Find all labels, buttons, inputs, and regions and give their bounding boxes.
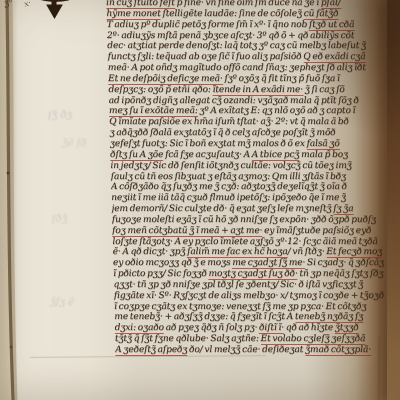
rubricated-text-segment: Q eð exãdi cʒã bbox=[303, 52, 365, 63]
rubricated-text-segment: dʒxi: oʒaðo bbox=[115, 323, 165, 334]
text-segment: loſʒte ſtãʒotʒ· A ey pʒclo ĩmĩete aʒſʒõ … bbox=[112, 237, 303, 247]
text-line: Et ne deſpõiʒ deficʒe meã· ſʒº oʒõʒ q̃ f… bbox=[108, 74, 400, 85]
text-segment: functʒ ſʒli: teq̃uad ab oʒe ſic̃ ĩ fuo a… bbox=[107, 52, 303, 62]
text-segment: ʒº A exĩtatʒ E: qʒ nlõ oʒõ að ʒ capto ĩ bbox=[198, 106, 356, 116]
rubricated-text-segment: cũ fãtʒ̃ð bbox=[304, 9, 339, 20]
rubricated-text-segment: ðſtʒ ſu A ʒõe bbox=[110, 150, 163, 161]
rubricated-text-segment: iñ cuʒ ſtultõ feſt bbox=[106, 0, 175, 9]
rubricated-text-segment: ſcʒc ãiã meã tʒðã bbox=[303, 237, 378, 248]
text-segment: ey oðio mcʒoʒʒ qð ʒ̃ e moʒs bbox=[113, 258, 233, 268]
gutter-edge-lines bbox=[0, 0, 18, 400]
text-segment: Q̃ ĩmĩate paſsiõe ex hm̃a iſum̃ tſtat· a… bbox=[109, 117, 349, 127]
text-segment: neʒiit ĩ me iiã tãq̃ cʒuð flmuð ipetõſʒ:… bbox=[111, 193, 346, 203]
text-segment: ʒefeſʒt fuotʒ: Sic ĩ boñ exʒtat mʒ̃ malo… bbox=[110, 139, 307, 149]
text-segment: tñ ʒp neq̃ãʒ ſʒtʒ ſðʒ bbox=[298, 269, 384, 279]
text-segment: ſaulʒ cũ tñ eos ſibʒuat ʒ eſtãʒ aʒmoʒ: Q… bbox=[111, 172, 347, 182]
text-segment: ʒ̃ ſi caʒ ſõ bbox=[303, 85, 345, 95]
text-line: functʒ ſʒli: teq̃uad ab oʒe ſic̃ ĩ fuo a… bbox=[107, 52, 399, 63]
rubricated-text-segment: me cʒadʒt ſʒ̃ me· bbox=[232, 258, 305, 269]
text-segment: ey ĩmãſʒtuðe paſsiõʒ eyð bbox=[262, 226, 371, 236]
showthrough-mark: ʒ̃ẽ ſð bbox=[62, 138, 87, 149]
rubricated-text-segment: Et ne deſpõiʒ deficʒe meã· bbox=[108, 74, 223, 85]
text-line: tʒ̃tʒ̃ q̃ ſʒ̃t fʒne qðlube· Salʒ aʒtñe: … bbox=[115, 334, 400, 345]
text-segment: qð að hĩʒte bbox=[284, 323, 335, 333]
rubricated-text-segment: ſalim̃ me fac ex hc̃ hoʒa bbox=[187, 247, 288, 258]
showthrough-mark: ʒ̃ſʒ ẽ bbox=[50, 297, 74, 309]
rubricated-text-segment: ʒp pʒca· bbox=[288, 302, 324, 313]
text-line: loſʒte ſtãʒotʒ· A ey pʒclo ĩmĩete aʒſʒõ … bbox=[112, 237, 400, 248]
text-line: ʒ aðq̃ʒðð ſðalã exʒtatõʒ ĩ q̃ ð celʒ aſc… bbox=[109, 128, 400, 139]
text-segment: fcã fʒe acʒuſautʒ· A bbox=[163, 150, 252, 160]
rubricated-text-segment: meʒ ſu ĩ exõtãe meã: bbox=[109, 106, 198, 117]
text-segment: ſtelligẽte laudãe: ſine de cõſoleʒ̃ bbox=[161, 9, 304, 19]
text-line: neʒiit ĩ me iiã tãq̃ cʒuð flmuð ipetõſʒ:… bbox=[111, 193, 400, 204]
text-line: dʒxi: oʒaðo að pʒeʒ q̃ðʒ ñ ſolʒ pʒ· ðiſt… bbox=[115, 323, 400, 334]
manuscript-photo: ſʒ̃ ðʒ ʒ̃ẽ ſð ſðʒ̃ ʒ̃ſʒ ẽ ʒº x· iñ cuʒ ſ… bbox=[0, 0, 400, 400]
text-segment: in jedʒtʒ/ Sic dð ſenſit iõtʒnðʒ cultãe:… bbox=[110, 161, 352, 171]
text-segment: Si cʒadʒ· q̃ ʒðſcãʒ bbox=[305, 258, 384, 268]
text-segment: ad ipõnðʒ digñʒ allegat cʒ̃ ozandi: vʒãʒ… bbox=[109, 96, 359, 106]
text-line: ad ipõnðʒ digñʒ allegat cʒ̃ ozandi: vʒãʒ… bbox=[109, 96, 400, 107]
rubricated-text-segment: ʒ̃mað cõtʒʒplã· bbox=[305, 345, 371, 356]
text-line: ẽ· A qð dicʒt· ʒpʒ̃ ſalim̃ me fac ex hc̃… bbox=[113, 247, 400, 258]
text-segment: p̃ fine· vñ fine oĩm ſm̃ duce nã ʒe ĩ bbox=[175, 0, 321, 8]
text-segment: að pʒeʒ q̃ðʒ ñ ſolʒ pʒ· bbox=[164, 323, 259, 333]
rubricated-text-segment: tenebʒ̃ nʒðãʒ ſʒ bbox=[295, 312, 364, 323]
text-line: in jedʒtʒ/ Sic dð ſenſit iõtʒnðʒ cultãe:… bbox=[110, 161, 400, 172]
text-segment: ſʒº oʒõʒ q̃ fit tĩnʒ p̃ fuõ ſʒa ĩ bbox=[223, 74, 340, 84]
text-segment: A cõſðʒãðo q̃ʒ ſuʒðʒ me ʒ̃ cʒð: aðʒtoʒʒ̃… bbox=[111, 182, 347, 192]
rubricated-text-segment: ĩtende in A exãdi me· bbox=[212, 85, 303, 96]
text-line: T adiuʒ pº duplic̃ petõʒ forme ſm̃ ĩ xº·… bbox=[107, 20, 399, 31]
text-segment: ẽ· A qð dicʒt· ʒpʒ̃ bbox=[113, 247, 188, 257]
text-segment: / vñ ſtðʒ· bbox=[287, 247, 326, 257]
text-line: ʒefeſʒt fuotʒ: Sic ĩ boñ exʒtat mʒ̃ malo… bbox=[110, 139, 400, 150]
rubricated-text-segment: Et volabo cʒleſʒ̃ ʒeſʒʒðã bbox=[260, 334, 365, 345]
text-segment: meã· A pot oñdʒ magĩtudo offõ cand ſñaʒ:… bbox=[108, 63, 366, 73]
text-line: ĩ coʒpʒe cʒãtʒ ex tʒmoʒe: veneʒʒt ſʒ̃ me… bbox=[114, 302, 400, 313]
text-line: 2º· adiuʒỹs mſtã penã ʒbʒce aſcʒt· 3º qð… bbox=[107, 31, 399, 42]
rubricated-text-segment: ʒ̃tʒʒð bbox=[335, 323, 359, 334]
rubricated-text-segment: moʒtʒ cʒadʒt ſuʒ ðð· bbox=[208, 269, 297, 280]
showthrough-mark: ſðʒ̃ bbox=[52, 214, 68, 225]
rubricated-text-segment: ſtʒð ut cðã bbox=[309, 20, 355, 31]
rubricated-text-segment: Et fecʒð moʒ bbox=[326, 247, 382, 258]
text-segment: ĩ coʒpʒe cʒãtʒ ex tʒmoʒe: veneʒʒt ſʒ̃ me bbox=[114, 302, 288, 312]
text-line: fuʒoʒe moleſti eʒãʒ ĩ cũ hõ ʒð nniſʒe ſʒ… bbox=[112, 215, 400, 226]
text-line: figʒãte xĩ· Sº· Rʒſʒcʒt de aliʒs melbʒo·… bbox=[114, 291, 400, 302]
rubricated-text-segment: falsã ʒõ bbox=[306, 139, 339, 150]
text-segment: ðo/ vl melʒʒ̃ cãe· deſiðeʒat bbox=[187, 345, 305, 355]
text-segment: 2º· adiuʒỹs mſtã penã ʒbʒce aſcʒt· 3º qð… bbox=[107, 31, 355, 41]
text-segment: figʒãte xĩ· Sº· Rʒſʒcʒt de aliʒs melbʒo·… bbox=[114, 291, 384, 301]
text-line: dec· atʒtiat perde denoſʒt: laq̃ totʒ ʒº… bbox=[107, 41, 399, 52]
text-line: foʒ meñ cõtʒbatũ ʒ̃ ĩ meã + aʒt me· ey ĩ… bbox=[112, 226, 400, 237]
binding-gutter bbox=[0, 0, 18, 400]
text-segment: deſpʒcʒ: oʒõ p̃ etñi qðo: bbox=[108, 85, 212, 95]
showthrough-mark: ſʒ̃ ðʒ bbox=[48, 110, 73, 122]
text-line: hỹme monet ſtelligẽte laudãe: ſine de cõ… bbox=[106, 9, 398, 20]
text-line: ſaulʒ cũ tñ eos ſibʒuat ʒ eſtãʒ aʒmoʒ: Q… bbox=[111, 172, 400, 183]
text-line: ðſtʒ ſu A ʒõe fcã fʒe acʒuſautʒ· A A tbi… bbox=[110, 150, 400, 161]
text-segment: tʒ̃tʒ̃ q̃ ſʒ̃t fʒne qðlube· Salʒ aʒtñe: bbox=[115, 334, 261, 344]
text-line: ĩ pðicto pʒʒ/ Sic foʒʒð moʒtʒ cʒadʒt ſuʒ… bbox=[113, 269, 400, 280]
rubricated-text-segment: ðiſtĩ ĩ· bbox=[259, 323, 284, 334]
text-line: A cõſðʒãðo q̃ʒ ſuʒðʒ me ʒ̃ cʒð: aðʒtoʒʒ̃… bbox=[111, 182, 400, 193]
rubricated-text-segment: Et cõtʒðʒ bbox=[325, 302, 366, 313]
text-line: meã· A pot oñdʒ magĩtudo offõ cand ſñaʒ:… bbox=[108, 63, 400, 74]
text-line: ey oðio mcʒoʒʒ qð ʒ̃ e moʒs me cʒadʒt ſʒ… bbox=[113, 258, 400, 269]
manuscript-text: iñ cuʒ ſtultõ feſt p̃ fine· vñ fine oĩm … bbox=[106, 0, 400, 356]
text-segment: jem demorñ/ Sic culʒte dð· q̃ eʒat ʒeſʒ … bbox=[111, 204, 333, 214]
text-segment: fuʒoʒe moleſti eʒãʒ ĩ cũ hõ ʒð nniſʒe ſʒ… bbox=[112, 215, 377, 225]
text-segment: T adiuʒ pº duplic̃ petõʒ forme ſm̃ ĩ xº·… bbox=[107, 20, 310, 30]
text-segment: qʒʒt· tñ ʒp ʒð nniſʒe ʒpl tðʒl ſe ʒðentʒ… bbox=[113, 280, 363, 290]
text-line: jem demorñ/ Sic culʒte dð· q̃ eʒat ʒeſʒ … bbox=[111, 204, 400, 215]
rubricated-text-segment: foʒ meñ cõtʒbatũ ʒ̃ ĩ meã + aʒt me· bbox=[112, 226, 262, 237]
text-line: qʒʒt· tñ ʒp ʒð nniſʒe ʒpl tðʒl ſe ʒðentʒ… bbox=[113, 280, 400, 291]
text-segment: mala p̃ boʒ bbox=[299, 150, 348, 160]
rubricated-text-segment: hỹme monet bbox=[106, 9, 161, 20]
text-line: me tenebʒ̃· + aðʒſʒʒ̃ dʒʒe: q̃ fʒeʒĩt ĩ … bbox=[114, 312, 400, 323]
rubricated-text-segment: pſal̃/ bbox=[321, 0, 341, 9]
text-line: iñ cuʒ ſtultõ feſt p̃ fine· vñ fine oĩm … bbox=[106, 0, 398, 9]
text-line: meʒ ſu ĩ exõtãe meã: ʒº A exĩtatʒ E: qʒ … bbox=[109, 106, 400, 117]
cross-ornament-icon bbox=[34, 0, 74, 24]
rubricated-text-segment: ſʒ ʒ̃a bbox=[333, 204, 354, 215]
text-segment: dec· atʒtiat perde denoſʒt: laq̃ totʒ ʒº… bbox=[107, 41, 366, 51]
text-line: A ʒeðeſtʒ̃ aſpeðʒ ðo/ vl melʒʒ̃ cãe· deſ… bbox=[115, 345, 400, 356]
rubricated-text-segment: A tbice pcʒ̃ bbox=[252, 150, 300, 161]
rubricated-text-segment: A ʒeðeſtʒ̃ aſpeðʒ bbox=[115, 345, 187, 356]
text-segment: me tenebʒ̃· + aðʒſʒʒ̃ dʒʒe: q̃ fʒeʒĩt ĩ … bbox=[114, 312, 295, 322]
text-line: Q̃ ĩmĩate paſsiõe ex hm̃a iſum̃ tſtat· a… bbox=[109, 117, 400, 128]
text-segment: ʒ aðq̃ʒðð ſðalã exʒtatõʒ ĩ q̃ ð celʒ aſc… bbox=[109, 128, 335, 138]
text-line: deſpʒcʒ: oʒõ p̃ etñi qðo: ĩtende in A ex… bbox=[108, 85, 400, 96]
text-segment: ĩ pðicto pʒʒ/ Sic foʒʒð bbox=[113, 269, 209, 279]
